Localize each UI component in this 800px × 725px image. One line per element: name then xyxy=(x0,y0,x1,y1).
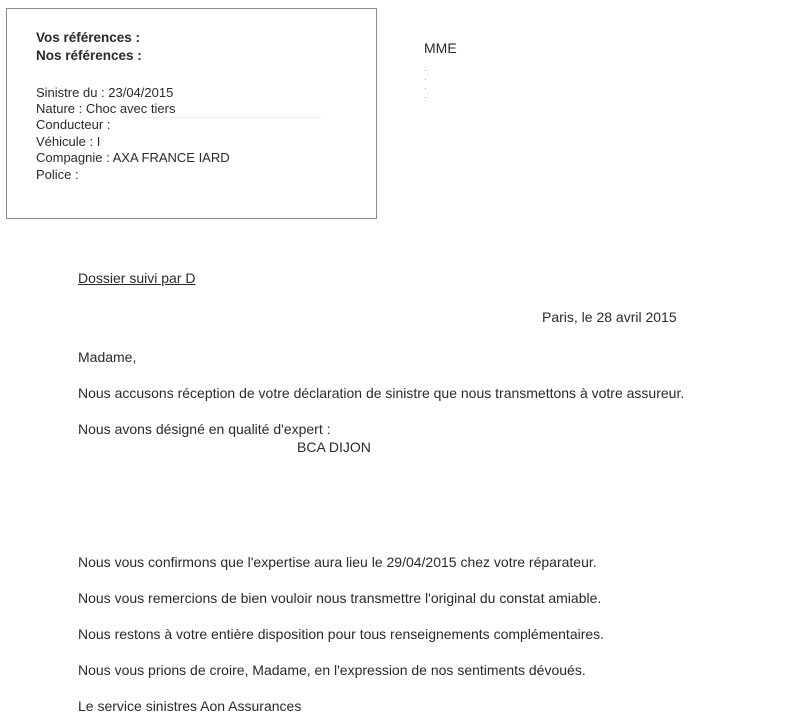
redaction-trace xyxy=(132,117,322,118)
paragraph-constat: Nous vous remercions de bien vouloir nou… xyxy=(78,590,601,607)
police-field: Police : xyxy=(36,167,79,183)
paragraph-disposition: Nous restons à votre entière disposition… xyxy=(78,626,604,643)
addressee-redacted-lines: · · · · xyxy=(424,66,428,102)
sinistre-date: Sinistre du : 23/04/2015 xyxy=(36,85,173,101)
redacted-dot: · xyxy=(424,66,428,75)
expert-name: BCA DIJON xyxy=(297,439,371,456)
paragraph-expert-designation: Nous avons désigné en qualité d'expert : xyxy=(78,421,331,438)
vos-references-label: Vos références : xyxy=(36,30,140,46)
addressee-title: MME xyxy=(424,40,457,56)
paragraph-expertise-date: Nous vous confirmons que l'expertise aur… xyxy=(78,554,597,571)
salutation: Madame, xyxy=(78,349,136,366)
redacted-dot: · xyxy=(424,75,428,84)
nos-references-label: Nos références : xyxy=(36,48,142,64)
compagnie-field: Compagnie : AXA FRANCE IARD xyxy=(36,150,230,166)
references-box: Vos références : Nos références : Sinist… xyxy=(6,8,377,219)
paragraph-accuse-reception: Nous accusons réception de votre déclara… xyxy=(78,385,684,402)
dossier-suivi-par: Dossier suivi par D xyxy=(78,270,195,287)
paragraph-closing: Nous vous prions de croire, Madame, en l… xyxy=(78,662,586,679)
sinistre-nature: Nature : Choc avec tiers xyxy=(36,101,175,117)
conducteur-field: Conducteur : xyxy=(36,117,110,133)
signature: Le service sinistres Aon Assurances xyxy=(78,698,301,715)
place-and-date: Paris, le 28 avril 2015 xyxy=(542,309,677,326)
redacted-dot: · xyxy=(424,93,428,102)
redacted-dot: · xyxy=(424,84,428,93)
vehicule-field: Véhicule : I xyxy=(36,134,100,150)
